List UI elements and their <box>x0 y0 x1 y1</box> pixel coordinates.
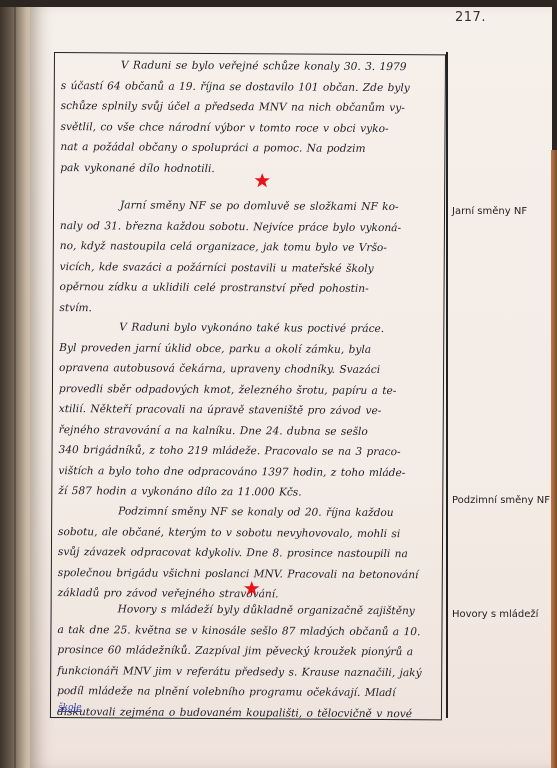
text-frame: V Raduni se bylo veřejné schůze konaly 3… <box>50 52 446 720</box>
text-line: no, když nastoupila celá organizace, jak… <box>60 236 442 259</box>
text-line: Byl proveden jarní úklid obce, parku a o… <box>59 338 441 361</box>
text-line: Hovory s mládeží byly důkladně organizač… <box>58 599 440 622</box>
text-line: 340 brigádníků, z toho 219 mládeže. Prac… <box>59 440 441 463</box>
section-spring-shifts: Jarní směny NF se po domluvě se složkami… <box>59 195 442 320</box>
text-line: světlil, co vše chce národní výbor v tom… <box>60 117 442 140</box>
margin-note-spring-shifts: Jarní směny NF <box>452 206 527 217</box>
text-line: svůj závazek odpracovat kdykoliv. Dne 8.… <box>58 542 440 565</box>
margin-divider <box>446 52 448 718</box>
text-line: opěrnou zídku a uklidili celé prostranst… <box>60 277 442 300</box>
text-line: V Raduni bylo vykonáno také kus poctivé … <box>59 317 441 340</box>
text-line: naly od 31. března každou sobotu. Nejvíc… <box>60 216 442 239</box>
text-line: s účastí 64 občanů a 19. října se dostav… <box>61 76 443 99</box>
margin-note-autumn-shifts: Podzimní směny NF <box>452 495 550 506</box>
text-line: podíl mládeže na plnění volebního progra… <box>57 681 439 704</box>
text-line: provedli sběr odpadových kmot, železného… <box>59 379 441 402</box>
text-line: prosince 60 mládežníků. Zazpíval jim pěv… <box>57 640 439 663</box>
text-line: V Raduni se bylo veřejné schůze konaly 3… <box>61 55 443 78</box>
blue-ink-annotation: škole <box>58 703 82 713</box>
section-youth-talks: Hovory s mládeží byly důkladně organizač… <box>57 599 440 724</box>
page-number: 217. <box>455 10 486 25</box>
text-line: Jarní směny NF se po domluvě se složkami… <box>60 195 442 218</box>
text-line: a tak dne 25. května se v kinosále sešlo… <box>57 620 439 643</box>
section-public-meetings: V Raduni se bylo veřejné schůze konaly 3… <box>60 55 443 180</box>
text-line: schůze splnily svůj účel a předseda MNV … <box>61 96 443 119</box>
text-line: vištích a bylo toho dne odpracováno 1397… <box>58 461 440 484</box>
section-radun-work: V Raduni bylo vykonáno také kus poctivé … <box>58 317 441 504</box>
margin-note-youth-talks: Hovory s mládeží <box>452 609 538 620</box>
red-star-icon <box>254 172 270 188</box>
text-line: diskutovali zejména o budovaném koupališ… <box>57 702 439 725</box>
text-line: řejného stravování a na kalníku. Dne 24.… <box>59 420 441 443</box>
text-line: nat a požádal občany o spolupráci a pomo… <box>60 137 442 160</box>
binding-crease <box>14 0 16 768</box>
red-star-icon <box>244 580 260 596</box>
text-line: xtilií. Někteří pracovali na úpravě stav… <box>59 399 441 422</box>
text-line: vicích, kde svazáci a požárníci postavil… <box>60 257 442 280</box>
text-line: pak vykonané dílo hodnotili. <box>60 158 442 181</box>
page-right-edge <box>551 150 557 768</box>
scan-top-edge <box>0 0 557 7</box>
text-line: funkcionáři MNV jim v referátu předsedy … <box>57 661 439 684</box>
text-line: opravena autobusová čekárna, upraveny ch… <box>59 358 441 381</box>
text-line: Podzimní směny NF se konaly od 20. října… <box>58 501 440 524</box>
text-line: sobotu, ale občané, kterým to v sobotu n… <box>58 522 440 545</box>
